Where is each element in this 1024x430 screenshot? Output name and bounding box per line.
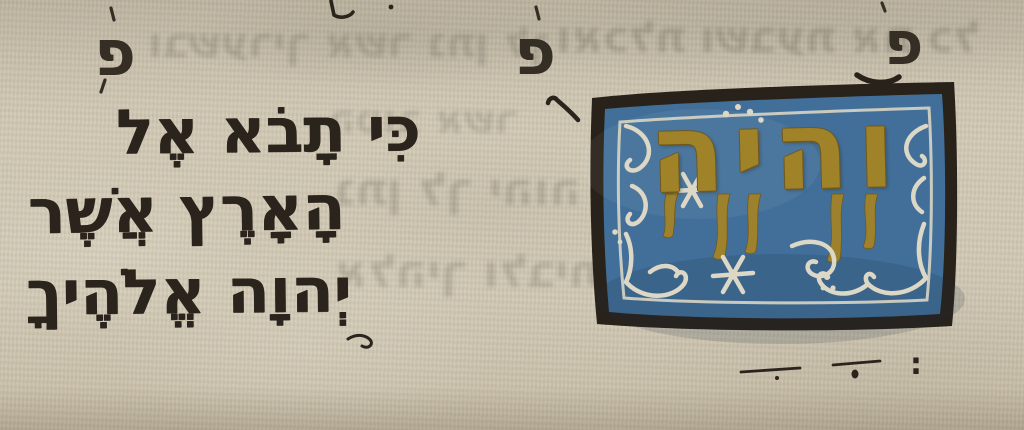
manuscript-page: ובשעריך אשר נתן לך ואכלת ושבעת את כל הטו… xyxy=(0,0,1024,430)
showthrough-text-line: ואכלת ושבעת את כל xyxy=(556,14,1018,62)
rafe-dashes xyxy=(741,361,880,372)
flourish-hook xyxy=(348,335,371,347)
ink-dot xyxy=(775,376,779,380)
illuminated-panel: והיה xyxy=(580,74,972,352)
top-edge-fragment xyxy=(331,1,353,17)
showthrough-text-line: ובשעריך אשר נתן לך xyxy=(148,20,548,66)
ink-dot xyxy=(389,5,394,10)
text-line-1: כִּי תָבֹא אֶל xyxy=(115,98,420,163)
ink-blob xyxy=(852,370,859,379)
showthrough-text-line: נתן לך יהוה xyxy=(334,164,604,215)
illuminated-word: והיה xyxy=(579,91,974,211)
text-line-2: הָאָרֶץ אֲשֶׁר xyxy=(27,177,345,243)
text-line-3: יְהוָה אֱלֹהֶיךָ xyxy=(26,259,352,324)
petuchah-mark-left: פ xyxy=(94,17,136,91)
verse-end-mark: : xyxy=(910,347,922,382)
showthrough-text-line: אלהיך ולביתך xyxy=(334,246,604,297)
